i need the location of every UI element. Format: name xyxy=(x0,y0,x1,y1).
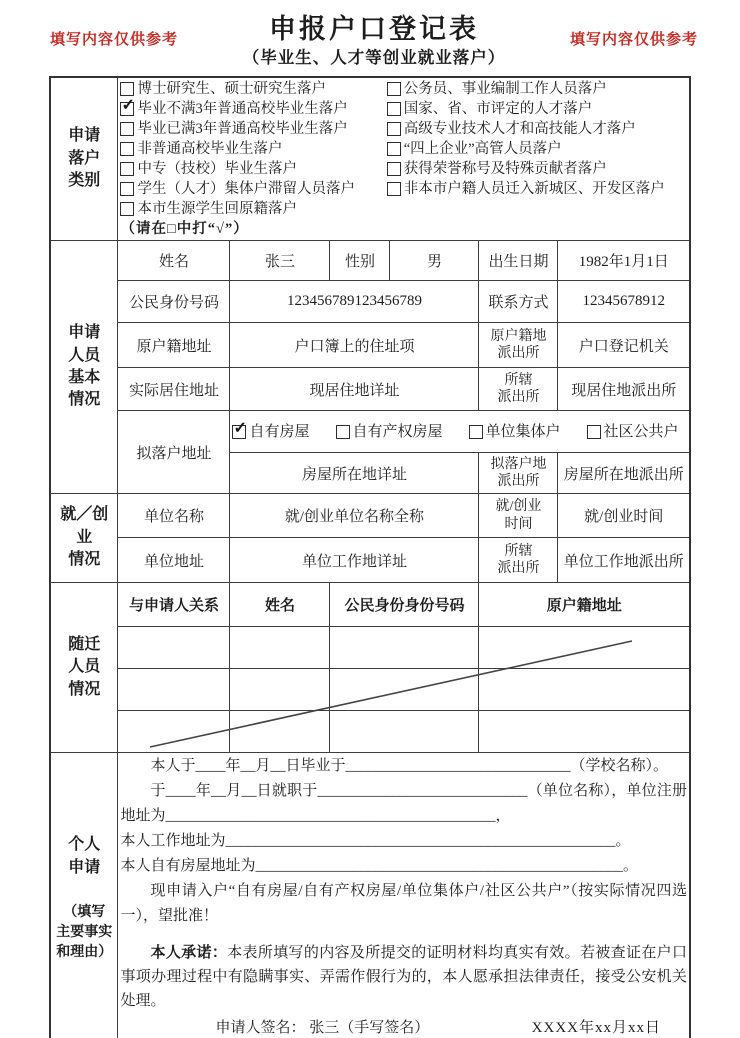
dependent-empty-cell[interactable] xyxy=(118,711,230,753)
household-registration-form-page: 填写内容仅供参考 申报户口登记表 （毕业生、人才等创业就业落户） 填写内容仅供参… xyxy=(0,0,740,1038)
reference-stamp-left: 填写内容仅供参考 xyxy=(50,28,178,49)
category-option-label: 国家、省、市评定的人才落户 xyxy=(404,99,593,119)
title-block: 申报户口登记表 （毕业生、人才等创业就业落户） xyxy=(178,12,570,69)
employer-police-station-label: 所辖 派出所 xyxy=(479,538,558,583)
contact-label: 联系方式 xyxy=(479,281,558,323)
category-option[interactable]: 获得荣誉称号及特殊贡献者落户 xyxy=(387,159,687,179)
application-line-work-address: 本人工作地址为_________________________________… xyxy=(120,829,687,854)
signature-line: 申请人签名： 张三（手写签名） XXXX年xx月xx日 xyxy=(120,1016,687,1038)
personal-label-note: （填写 主要事实 和理由） xyxy=(53,903,116,962)
category-option-label: 学生（人才）集体户滞留人员落户 xyxy=(137,179,355,199)
category-option[interactable]: “四上企业”高管人员落户 xyxy=(387,139,687,159)
category-option-label: 毕业已满3年普通高校毕业生落户 xyxy=(137,119,347,139)
origin-police-station-label: 原户籍地 派出所 xyxy=(479,323,558,368)
signature-left: 申请人签名： 张三（手写签名） xyxy=(215,1016,429,1038)
housing-type-option[interactable]: 自有房屋 xyxy=(232,422,309,442)
checkbox-icon[interactable] xyxy=(120,122,134,136)
contact-value[interactable]: 12345678912 xyxy=(558,281,690,323)
category-option-label: 非普通高校毕业生落户 xyxy=(137,139,282,159)
checkbox-icon[interactable] xyxy=(587,425,601,439)
dependent-empty-cell[interactable] xyxy=(479,627,690,669)
category-option-label: 高级专业技术人才和高技能人才落户 xyxy=(404,119,636,139)
housing-type-label: 自有房屋 xyxy=(249,422,309,442)
employer-police-station-value[interactable]: 单位工作地派出所 xyxy=(558,538,690,583)
checkbox-icon[interactable] xyxy=(387,142,401,156)
citizen-id-label: 公民身份号码 xyxy=(118,281,230,323)
category-option[interactable]: 毕业已满3年普通高校毕业生落户 xyxy=(120,119,386,139)
gender-label: 性别 xyxy=(330,241,390,281)
target-police-station-label: 拟落户地 派出所 xyxy=(479,453,558,494)
citizen-id-value[interactable]: 123456789123456789 xyxy=(230,281,479,323)
category-options-cell: 博士研究生、硕士研究生落户 毕业不满3年普通高校毕业生落户 毕业已满3年普通高校… xyxy=(118,77,690,241)
housing-type-label: 自有产权房屋 xyxy=(353,422,443,442)
checkbox-icon[interactable] xyxy=(120,182,134,196)
checkbox-icon[interactable] xyxy=(469,425,483,439)
personal-application-cell: 本人于____年__月__日毕业于_______________________… xyxy=(118,753,690,1038)
category-option[interactable]: 中专（技校）毕业生落户 xyxy=(120,159,386,179)
category-option[interactable]: 非普通高校毕业生落户 xyxy=(120,139,386,159)
checkbox-icon[interactable] xyxy=(120,202,134,216)
commitment-label: 本人承诺： xyxy=(150,945,227,961)
category-option[interactable]: 非本市户籍人员迁入新城区、开发区落户 xyxy=(387,179,687,199)
category-option[interactable]: 博士研究生、硕士研究生落户 xyxy=(120,79,386,99)
name-label: 姓名 xyxy=(118,241,230,281)
section-label-employment: 就／创业 情况 xyxy=(50,494,118,583)
employer-address-value[interactable]: 单位工作地详址 xyxy=(230,538,479,583)
section-label-category: 申请 落户 类别 xyxy=(50,77,118,241)
category-option-label: 中专（技校）毕业生落户 xyxy=(137,159,297,179)
signature-value[interactable]: 张三（手写签名） xyxy=(309,1020,429,1036)
section-label-applicant: 申请 人员 基本 情况 xyxy=(50,241,118,494)
form-subtitle: （毕业生、人才等创业就业落户） xyxy=(178,47,570,69)
checkbox-checked-icon[interactable] xyxy=(232,425,246,439)
dependent-empty-cell[interactable] xyxy=(230,669,330,711)
section-label-personal-application: 个人 申请 （填写 主要事实 和理由） xyxy=(50,753,118,1038)
checkbox-icon[interactable] xyxy=(387,122,401,136)
name-value[interactable]: 张三 xyxy=(230,241,330,281)
application-line-employment: 于____年__月__日就职于_________________________… xyxy=(120,779,687,829)
gender-value[interactable]: 男 xyxy=(390,241,479,281)
target-police-station-value[interactable]: 房屋所在地派出所 xyxy=(558,453,690,494)
checkbox-icon[interactable] xyxy=(387,82,401,96)
employment-time-label: 就/创业 时间 xyxy=(479,494,558,538)
house-address-value[interactable]: 房屋所在地详址 xyxy=(230,453,479,494)
dependents-header-id: 公民身份身份号码 xyxy=(330,583,479,627)
residence-police-station-value[interactable]: 现居住地派出所 xyxy=(558,368,690,411)
category-option-label: “四上企业”高管人员落户 xyxy=(404,139,562,159)
dependent-empty-cell[interactable] xyxy=(330,627,479,669)
housing-type-option[interactable]: 单位集体户 xyxy=(469,422,561,442)
employer-name-label: 单位名称 xyxy=(118,494,230,538)
signature-date: XXXX年xx月xx日 xyxy=(532,1016,661,1038)
section-label-dependents: 随迁 人员 情况 xyxy=(50,583,118,753)
dependent-empty-cell[interactable] xyxy=(330,669,479,711)
employment-time-value[interactable]: 就/创业时间 xyxy=(558,494,690,538)
birthdate-label: 出生日期 xyxy=(479,241,558,281)
category-option[interactable]: 国家、省、市评定的人才落户 xyxy=(387,99,687,119)
dependent-empty-cell[interactable] xyxy=(330,711,479,753)
personal-label-bold: 个人 申请 xyxy=(53,833,116,879)
dependents-header-name: 姓名 xyxy=(230,583,330,627)
checkbox-icon[interactable] xyxy=(120,162,134,176)
category-option[interactable]: 高级专业技术人才和高技能人才落户 xyxy=(387,119,687,139)
residence-address-value[interactable]: 现居住地详址 xyxy=(230,368,479,411)
checkbox-icon[interactable] xyxy=(120,82,134,96)
category-option-label: 本市生源学生回原籍落户 xyxy=(137,199,297,219)
housing-type-label: 社区公共户 xyxy=(604,422,679,442)
category-option-label: 非本市户籍人员迁入新城区、开发区落户 xyxy=(404,179,665,199)
housing-type-option[interactable]: 自有产权房屋 xyxy=(336,422,443,442)
dependent-empty-cell[interactable] xyxy=(118,669,230,711)
reference-stamp-right: 填写内容仅供参考 xyxy=(570,28,698,49)
category-option[interactable]: 公务员、事业编制工作人员落户 xyxy=(387,79,687,99)
application-line-graduation: 本人于____年__月__日毕业于_______________________… xyxy=(120,754,687,779)
housing-type-option[interactable]: 社区公共户 xyxy=(587,422,679,442)
dependent-empty-cell[interactable] xyxy=(230,627,330,669)
form-header: 填写内容仅供参考 申报户口登记表 （毕业生、人才等创业就业落户） 填写内容仅供参… xyxy=(0,0,740,69)
application-line-request: 现申请入户“自有房屋/自有产权房屋/单位集体户/社区公共户”（按实际情况四选一）… xyxy=(120,879,687,929)
checkbox-icon[interactable] xyxy=(120,142,134,156)
checkbox-icon[interactable] xyxy=(387,182,401,196)
checkbox-icon[interactable] xyxy=(387,102,401,116)
category-right-column: 公务员、事业编制工作人员落户 国家、省、市评定的人才落户 高级专业技术人才和高技… xyxy=(387,79,687,239)
dependent-empty-cell[interactable] xyxy=(479,669,690,711)
category-left-column: 博士研究生、硕士研究生落户 毕业不满3年普通高校毕业生落户 毕业已满3年普通高校… xyxy=(120,79,386,239)
form-title: 申报户口登记表 xyxy=(178,12,570,46)
category-option-label: 博士研究生、硕士研究生落户 xyxy=(137,79,326,99)
birthdate-value[interactable]: 1982年1月1日 xyxy=(558,241,690,281)
category-option[interactable]: 毕业不满3年普通高校毕业生落户 xyxy=(120,99,386,119)
checkbox-checked-icon[interactable] xyxy=(120,102,134,116)
target-address-type-cell: 自有房屋 自有产权房屋 单位集体户 社区公共户 xyxy=(230,411,690,453)
residence-address-label: 实际居住地址 xyxy=(118,368,230,411)
commitment-paragraph: 本人承诺：本表所填写的内容及所提交的证明材料均真实有效。若被查证在户口事项办理过… xyxy=(120,941,687,1013)
dependent-empty-cell[interactable] xyxy=(230,711,330,753)
target-address-label: 拟落户地址 xyxy=(118,411,230,494)
checkbox-icon[interactable] xyxy=(336,425,350,439)
residence-police-station-label: 所辖 派出所 xyxy=(479,368,558,411)
employer-address-label: 单位地址 xyxy=(118,538,230,583)
checkbox-icon[interactable] xyxy=(387,162,401,176)
checkbox-instruction-note: （请在□中打“√”） xyxy=(120,219,386,239)
dependents-header-origin-address: 原户籍地址 xyxy=(479,583,690,627)
category-option[interactable]: 本市生源学生回原籍落户 xyxy=(120,199,386,219)
category-option-label: 毕业不满3年普通高校毕业生落户 xyxy=(137,99,347,119)
dependents-header-relation: 与申请人关系 xyxy=(118,583,230,627)
application-line-house-address: 本人自有房屋地址为_______________________________… xyxy=(120,854,687,879)
employer-name-value[interactable]: 就/创业单位名称全称 xyxy=(230,494,479,538)
dependent-empty-cell[interactable] xyxy=(479,711,690,753)
origin-address-value[interactable]: 户口簿上的住址项 xyxy=(230,323,479,368)
registration-form-table: 申请 落户 类别 博士研究生、硕士研究生落户 毕业不满3年普通高校毕业生落户 毕… xyxy=(49,76,691,1038)
category-option[interactable]: 学生（人才）集体户滞留人员落户 xyxy=(120,179,386,199)
origin-police-station-value[interactable]: 户口登记机关 xyxy=(558,323,690,368)
housing-type-label: 单位集体户 xyxy=(486,422,561,442)
category-option-label: 公务员、事业编制工作人员落户 xyxy=(404,79,607,99)
dependent-empty-cell[interactable] xyxy=(118,627,230,669)
category-option-label: 获得荣誉称号及特殊贡献者落户 xyxy=(404,159,607,179)
signature-label: 申请人签名： xyxy=(215,1020,305,1036)
origin-address-label: 原户籍地址 xyxy=(118,323,230,368)
